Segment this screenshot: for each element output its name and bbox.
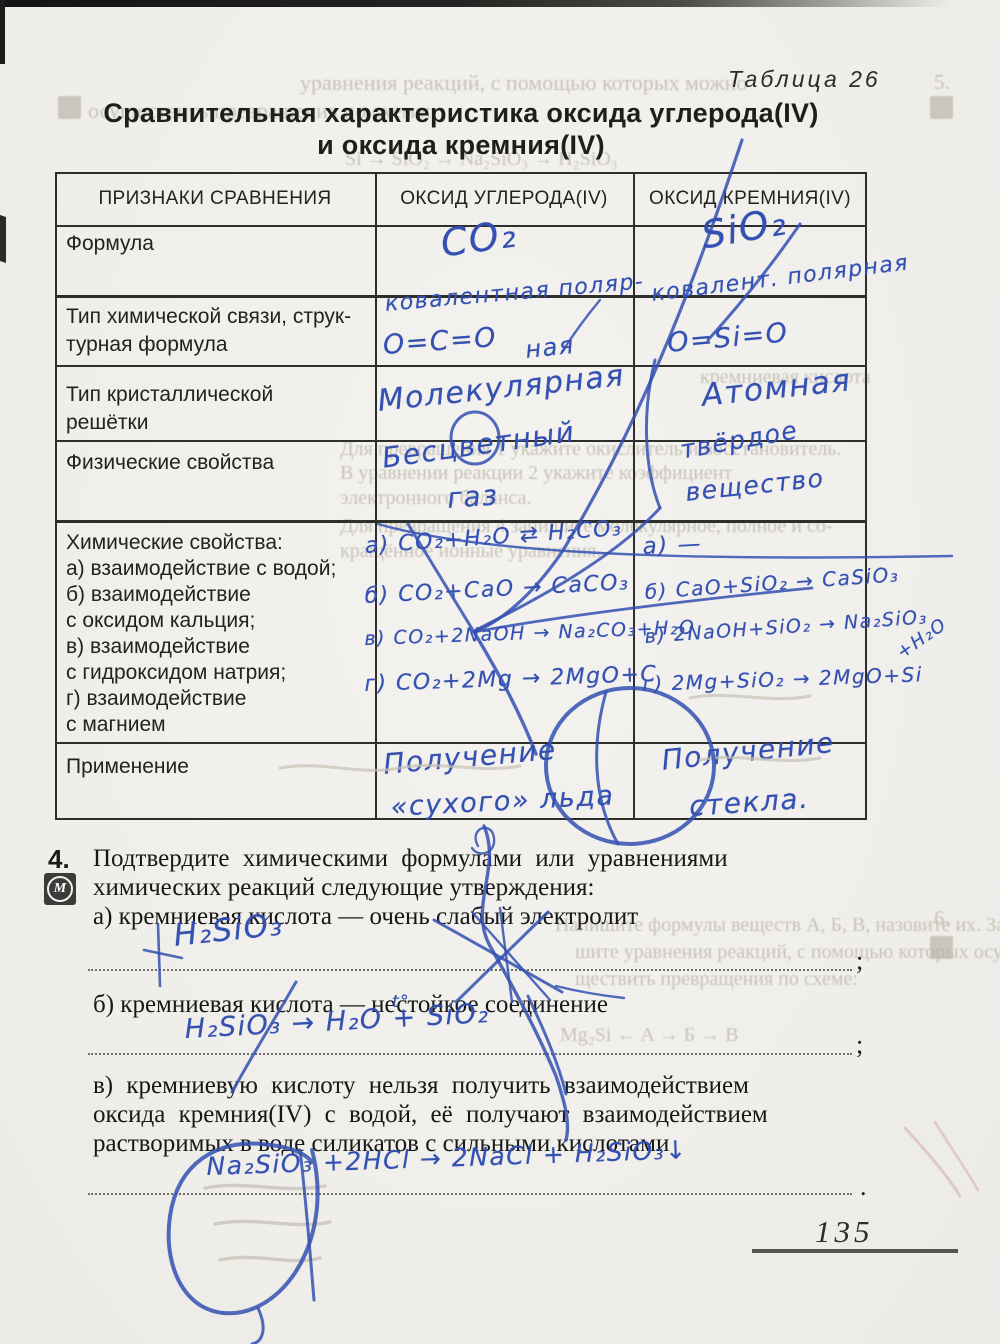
table-row-label: б) взаимодействие	[66, 583, 251, 607]
page-number-rule	[752, 1249, 958, 1253]
bleedthrough-text: 6.	[934, 906, 950, 931]
handwritten-text: ная	[524, 331, 576, 364]
table-row-label: в) взаимодействие	[66, 635, 250, 659]
exercise-line: Подтвердите химическими формулами или ур…	[93, 845, 728, 873]
table-row-label: Применение	[66, 755, 189, 779]
scan-edge-top	[0, 0, 1000, 7]
page-title-line1: Сравнительная характеристика оксида угле…	[55, 98, 867, 129]
table-row-label: г) взаимодействие	[66, 687, 246, 711]
table-header-cell: ПРИЗНАКИ СРАВНЕНИЯ	[55, 188, 375, 210]
exercise-line: химических реакций следующие утверждения…	[93, 874, 594, 902]
workbook-page: уравнения реакций, с помощью которых мож…	[0, 0, 1000, 1344]
table-row-label: турная формула	[66, 333, 228, 357]
page-title-line2: и оксида кремния(IV)	[55, 130, 867, 161]
bleedthrough-text: 5.	[934, 70, 950, 95]
bleedthrough-text: уравнения реакций, с помощью которых мож…	[300, 70, 747, 96]
table-row-label: Тип кристаллической	[66, 383, 273, 407]
bleedthrough-stroke	[215, 1221, 330, 1224]
badge-letter: М	[47, 876, 73, 902]
table-row-label: а) взаимодействие с водой;	[66, 557, 336, 581]
bleedthrough-text: ществить превращения по схеме:	[575, 968, 858, 991]
bleedthrough-stroke	[935, 1122, 978, 1190]
table-row-label: с гидроксидом натрия;	[66, 661, 286, 685]
handwritten-text: а) —	[642, 531, 703, 560]
pen-stroke	[158, 924, 160, 986]
answer-blank-line	[88, 1191, 852, 1195]
table-row-label: Физические свойства	[66, 451, 274, 475]
table-vline-1	[375, 172, 377, 820]
page-number: 135	[815, 1214, 874, 1250]
scan-edge-left	[0, 0, 5, 64]
methodology-badge: М	[44, 873, 76, 905]
answer-blank-line	[88, 967, 852, 971]
table-hline-2	[55, 365, 867, 367]
pen-stroke	[252, 1308, 263, 1344]
table-row-label: с оксидом кальция;	[66, 609, 255, 633]
answer-line-punctuation: ;	[856, 1030, 863, 1060]
table-row-label: с магнием	[66, 713, 166, 737]
table-number-label: Таблица 26	[728, 66, 881, 93]
bleedthrough-stroke	[220, 1257, 320, 1260]
bleed-badge-right-bottom	[930, 936, 953, 959]
bleed-badge-right-top	[930, 96, 953, 119]
exercise-line: оксида кремния(IV) с водой, её получают …	[93, 1101, 768, 1129]
table-hline-4	[55, 520, 867, 523]
table-row-label: решётки	[66, 411, 148, 435]
exercise-line: в) кремниевую кислоту нельзя получить вз…	[93, 1072, 749, 1100]
answer-line-punctuation: .	[860, 1172, 867, 1202]
bleedthrough-stroke	[905, 1128, 960, 1196]
answer-blank-line	[88, 1051, 852, 1055]
bleedthrough-text: Mg₂Si ← A → Б → В	[560, 1024, 739, 1047]
answer-line-punctuation: ;	[856, 946, 863, 976]
table-row-label: Тип химической связи, струк-	[66, 305, 351, 329]
table-row-label: Формула	[66, 232, 154, 256]
exercise-number: 4.	[48, 844, 70, 875]
handwritten-text: газ	[446, 478, 499, 514]
scan-edge-mark	[0, 215, 6, 263]
bleedthrough-stroke	[205, 1185, 325, 1188]
table-row-label: Химические свойства:	[66, 531, 283, 555]
